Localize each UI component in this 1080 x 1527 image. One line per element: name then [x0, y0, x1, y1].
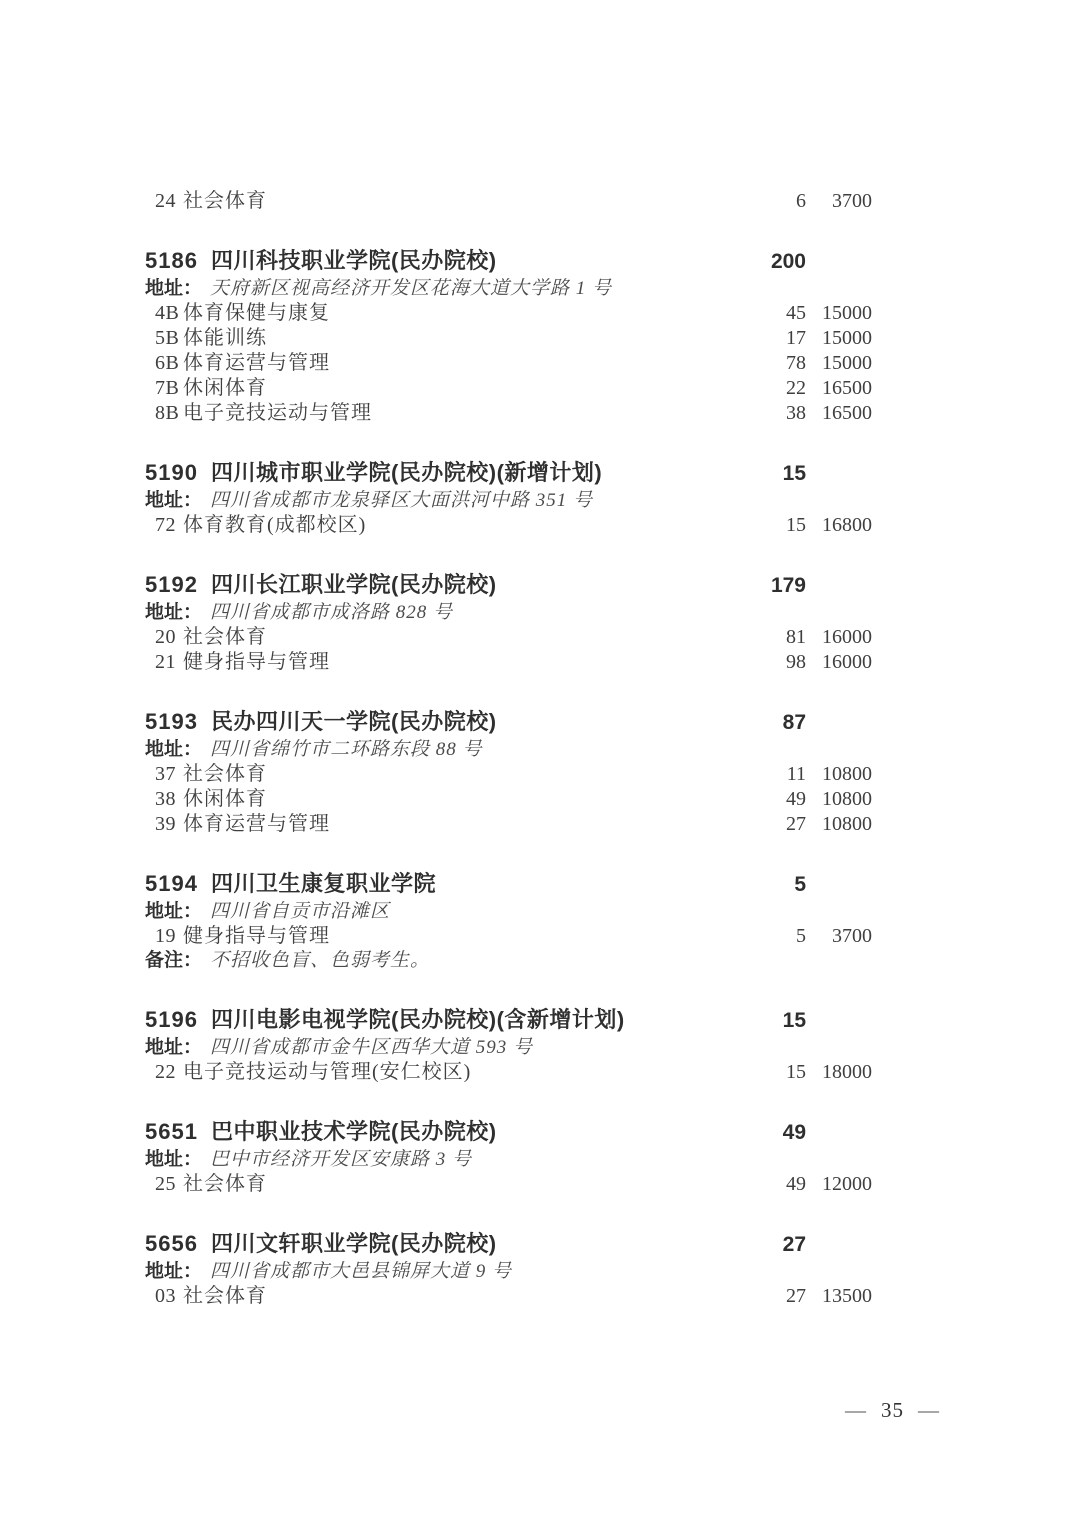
- major-code: 7B: [145, 376, 183, 401]
- address-label: 地址：: [145, 900, 202, 924]
- tuition-fee: 18000: [806, 1060, 872, 1085]
- school-code: 5194: [145, 871, 198, 896]
- plan-count: 27: [746, 812, 806, 837]
- school-plan-total: 49: [746, 1119, 806, 1146]
- major-name: 健身指导与管理: [183, 924, 746, 949]
- major-code: 25: [145, 1172, 183, 1197]
- address-row: 地址：四川省自贡市沿滩区: [145, 900, 872, 924]
- tuition-fee: 16500: [806, 376, 872, 401]
- school-block: 5186四川科技职业学院(民办院校)200地址：天府新区视高经济开发区花海大道大…: [145, 247, 872, 426]
- address-value: 四川省成都市金牛区西华大道 593 号: [210, 1036, 533, 1060]
- tuition-fee: 12000: [806, 1172, 872, 1197]
- plan-count: 11: [746, 762, 806, 787]
- major-name: 社会体育: [183, 1284, 746, 1309]
- major-row: 4B体育保健与康复4515000: [145, 301, 872, 326]
- major-name: 体育教育(成都校区): [183, 513, 746, 538]
- address-row: 地址：四川省成都市大邑县锦屏大道 9 号: [145, 1260, 872, 1284]
- address-label: 地址：: [145, 277, 202, 301]
- school-name: 四川文轩职业学院(民办院校): [211, 1231, 497, 1256]
- school-plan-total: 87: [746, 709, 806, 736]
- school-block: 5192四川长江职业学院(民办院校)179地址：四川省成都市成洛路 828 号2…: [145, 571, 872, 675]
- major-code: 72: [145, 513, 183, 538]
- plan-count: 6: [746, 189, 806, 214]
- school-block: 5190四川城市职业学院(民办院校)(新增计划)15地址：四川省成都市龙泉驿区大…: [145, 459, 872, 538]
- major-code: 24: [145, 189, 183, 214]
- address-row: 地址：四川省成都市金牛区西华大道 593 号: [145, 1036, 872, 1060]
- school-title: 5196四川电影电视学院(民办院校)(含新增计划): [145, 1006, 746, 1033]
- address-label: 地址：: [145, 601, 202, 625]
- address-value: 四川省成都市成洛路 828 号: [210, 601, 453, 625]
- major-row: 8B电子竞技运动与管理3816500: [145, 401, 872, 426]
- school-name: 四川卫生康复职业学院: [211, 871, 436, 896]
- major-code: 8B: [145, 401, 183, 426]
- major-row: 38休闲体育4910800: [145, 787, 872, 812]
- school-block: 5196四川电影电视学院(民办院校)(含新增计划)15地址：四川省成都市金牛区西…: [145, 1006, 872, 1085]
- school-name: 民办四川天一学院(民办院校): [211, 709, 497, 734]
- address-label: 地址：: [145, 1036, 202, 1060]
- school-plan-total: 15: [746, 460, 806, 487]
- school-name: 四川长江职业学院(民办院校): [211, 572, 497, 597]
- plan-count: 45: [746, 301, 806, 326]
- plan-count: 15: [746, 513, 806, 538]
- plan-count: 22: [746, 376, 806, 401]
- school-header-row: 5194四川卫生康复职业学院5: [145, 870, 872, 898]
- enrollment-plan-table: 24社会体育637005186四川科技职业学院(民办院校)200地址：天府新区视…: [145, 189, 872, 1309]
- plan-count: 5: [746, 924, 806, 949]
- major-name: 体育运营与管理: [183, 351, 746, 376]
- address-value: 四川省成都市大邑县锦屏大道 9 号: [210, 1260, 512, 1284]
- tuition-fee: 10800: [806, 787, 872, 812]
- school-name: 四川科技职业学院(民办院校): [211, 248, 497, 273]
- major-row: 03社会体育2713500: [145, 1284, 872, 1309]
- plan-count: 78: [746, 351, 806, 376]
- school-code: 5186: [145, 248, 198, 273]
- school-header-row: 5656四川文轩职业学院(民办院校)27: [145, 1230, 872, 1258]
- major-name: 电子竞技运动与管理: [183, 401, 746, 426]
- address-value: 四川省自贡市沿滩区: [210, 900, 390, 924]
- school-header-row: 5193民办四川天一学院(民办院校)87: [145, 708, 872, 736]
- major-name: 健身指导与管理: [183, 650, 746, 675]
- tuition-fee: 16000: [806, 625, 872, 650]
- major-name: 社会体育: [183, 625, 746, 650]
- school-header-row: 5651巴中职业技术学院(民办院校)49: [145, 1118, 872, 1146]
- major-row: 39体育运营与管理2710800: [145, 812, 872, 837]
- major-name: 休闲体育: [183, 376, 746, 401]
- address-value: 天府新区视高经济开发区花海大道大学路 1 号: [210, 277, 612, 301]
- major-row: 21健身指导与管理9816000: [145, 650, 872, 675]
- school-title: 5194四川卫生康复职业学院: [145, 870, 746, 897]
- tuition-fee: 16800: [806, 513, 872, 538]
- major-row: 37社会体育1110800: [145, 762, 872, 787]
- school-title: 5651巴中职业技术学院(民办院校): [145, 1118, 746, 1145]
- note-value: 不招收色盲、色弱考生。: [210, 949, 430, 973]
- major-name: 电子竞技运动与管理(安仁校区): [183, 1060, 746, 1085]
- address-label: 地址：: [145, 1260, 202, 1284]
- school-title: 5190四川城市职业学院(民办院校)(新增计划): [145, 459, 746, 486]
- major-name: 社会体育: [183, 189, 746, 214]
- major-code: 4B: [145, 301, 183, 326]
- major-row: 19健身指导与管理53700: [145, 924, 872, 949]
- major-name: 体育运营与管理: [183, 812, 746, 837]
- school-block: 5651巴中职业技术学院(民办院校)49地址：巴中市经济开发区安康路 3 号25…: [145, 1118, 872, 1197]
- major-name: 体能训练: [183, 326, 746, 351]
- address-label: 地址：: [145, 489, 202, 513]
- page-footer: —35—: [845, 1398, 940, 1423]
- plan-count: 98: [746, 650, 806, 675]
- school-code: 5193: [145, 709, 198, 734]
- tuition-fee: 15000: [806, 351, 872, 376]
- major-name: 体育保健与康复: [183, 301, 746, 326]
- school-block: 5193民办四川天一学院(民办院校)87地址：四川省绵竹市二环路东段 88 号3…: [145, 708, 872, 837]
- tuition-fee: 15000: [806, 326, 872, 351]
- school-title: 5656四川文轩职业学院(民办院校): [145, 1230, 746, 1257]
- school-plan-total: 179: [746, 572, 806, 599]
- school-code: 5190: [145, 460, 198, 485]
- tuition-fee: 16000: [806, 650, 872, 675]
- school-code: 5651: [145, 1119, 198, 1144]
- major-code: 19: [145, 924, 183, 949]
- major-row: 20社会体育8116000: [145, 625, 872, 650]
- address-value: 巴中市经济开发区安康路 3 号: [210, 1148, 472, 1172]
- major-row: 6B体育运营与管理7815000: [145, 351, 872, 376]
- school-code: 5192: [145, 572, 198, 597]
- plan-count: 15: [746, 1060, 806, 1085]
- tuition-fee: 3700: [806, 924, 872, 949]
- major-row: 22电子竞技运动与管理(安仁校区)1518000: [145, 1060, 872, 1085]
- major-row: 24社会体育63700: [145, 189, 872, 214]
- school-block: 5194四川卫生康复职业学院5地址：四川省自贡市沿滩区19健身指导与管理5370…: [145, 870, 872, 973]
- tuition-fee: 15000: [806, 301, 872, 326]
- major-row: 72体育教育(成都校区)1516800: [145, 513, 872, 538]
- address-label: 地址：: [145, 738, 202, 762]
- school-header-row: 5190四川城市职业学院(民办院校)(新增计划)15: [145, 459, 872, 487]
- tuition-fee: 10800: [806, 812, 872, 837]
- school-plan-total: 5: [746, 871, 806, 898]
- school-plan-total: 27: [746, 1231, 806, 1258]
- major-row: 5B体能训练1715000: [145, 326, 872, 351]
- major-code: 21: [145, 650, 183, 675]
- major-name: 休闲体育: [183, 787, 746, 812]
- tuition-fee: 10800: [806, 762, 872, 787]
- school-code: 5196: [145, 1007, 198, 1032]
- address-value: 四川省成都市龙泉驿区大面洪河中路 351 号: [210, 489, 593, 513]
- school-title: 5192四川长江职业学院(民办院校): [145, 571, 746, 598]
- page-number: 35: [881, 1398, 904, 1422]
- major-code: 38: [145, 787, 183, 812]
- major-row: 7B休闲体育2216500: [145, 376, 872, 401]
- major-code: 22: [145, 1060, 183, 1085]
- address-label: 地址：: [145, 1148, 202, 1172]
- major-code: 03: [145, 1284, 183, 1309]
- major-row: 25社会体育4912000: [145, 1172, 872, 1197]
- school-header-row: 5186四川科技职业学院(民办院校)200: [145, 247, 872, 275]
- address-row: 地址：四川省绵竹市二环路东段 88 号: [145, 738, 872, 762]
- tuition-fee: 3700: [806, 189, 872, 214]
- major-code: 20: [145, 625, 183, 650]
- school-plan-total: 15: [746, 1007, 806, 1034]
- plan-count: 38: [746, 401, 806, 426]
- major-code: 5B: [145, 326, 183, 351]
- address-row: 地址：四川省成都市成洛路 828 号: [145, 601, 872, 625]
- plan-count: 17: [746, 326, 806, 351]
- note-label: 备注：: [145, 949, 202, 973]
- school-name: 四川电影电视学院(民办院校)(含新增计划): [211, 1007, 625, 1032]
- major-code: 39: [145, 812, 183, 837]
- address-row: 地址：巴中市经济开发区安康路 3 号: [145, 1148, 872, 1172]
- tuition-fee: 16500: [806, 401, 872, 426]
- school-plan-total: 200: [746, 248, 806, 275]
- school-name: 四川城市职业学院(民办院校)(新增计划): [211, 460, 602, 485]
- tuition-fee: 13500: [806, 1284, 872, 1309]
- major-code: 6B: [145, 351, 183, 376]
- major-code: 37: [145, 762, 183, 787]
- major-name: 社会体育: [183, 1172, 746, 1197]
- note-row: 备注：不招收色盲、色弱考生。: [145, 949, 872, 973]
- plan-count: 81: [746, 625, 806, 650]
- address-value: 四川省绵竹市二环路东段 88 号: [210, 738, 483, 762]
- document-page: 24社会体育637005186四川科技职业学院(民办院校)200地址：天府新区视…: [0, 0, 1080, 1527]
- school-block: 5656四川文轩职业学院(民办院校)27地址：四川省成都市大邑县锦屏大道 9 号…: [145, 1230, 872, 1309]
- school-header-row: 5192四川长江职业学院(民办院校)179: [145, 571, 872, 599]
- school-title: 5186四川科技职业学院(民办院校): [145, 247, 746, 274]
- major-name: 社会体育: [183, 762, 746, 787]
- footer-dash-left: —: [845, 1398, 867, 1422]
- address-row: 地址：四川省成都市龙泉驿区大面洪河中路 351 号: [145, 489, 872, 513]
- address-row: 地址：天府新区视高经济开发区花海大道大学路 1 号: [145, 277, 872, 301]
- school-header-row: 5196四川电影电视学院(民办院校)(含新增计划)15: [145, 1006, 872, 1034]
- plan-count: 49: [746, 1172, 806, 1197]
- plan-count: 27: [746, 1284, 806, 1309]
- school-title: 5193民办四川天一学院(民办院校): [145, 708, 746, 735]
- school-name: 巴中职业技术学院(民办院校): [211, 1119, 497, 1144]
- school-code: 5656: [145, 1231, 198, 1256]
- plan-count: 49: [746, 787, 806, 812]
- footer-dash-right: —: [918, 1398, 940, 1422]
